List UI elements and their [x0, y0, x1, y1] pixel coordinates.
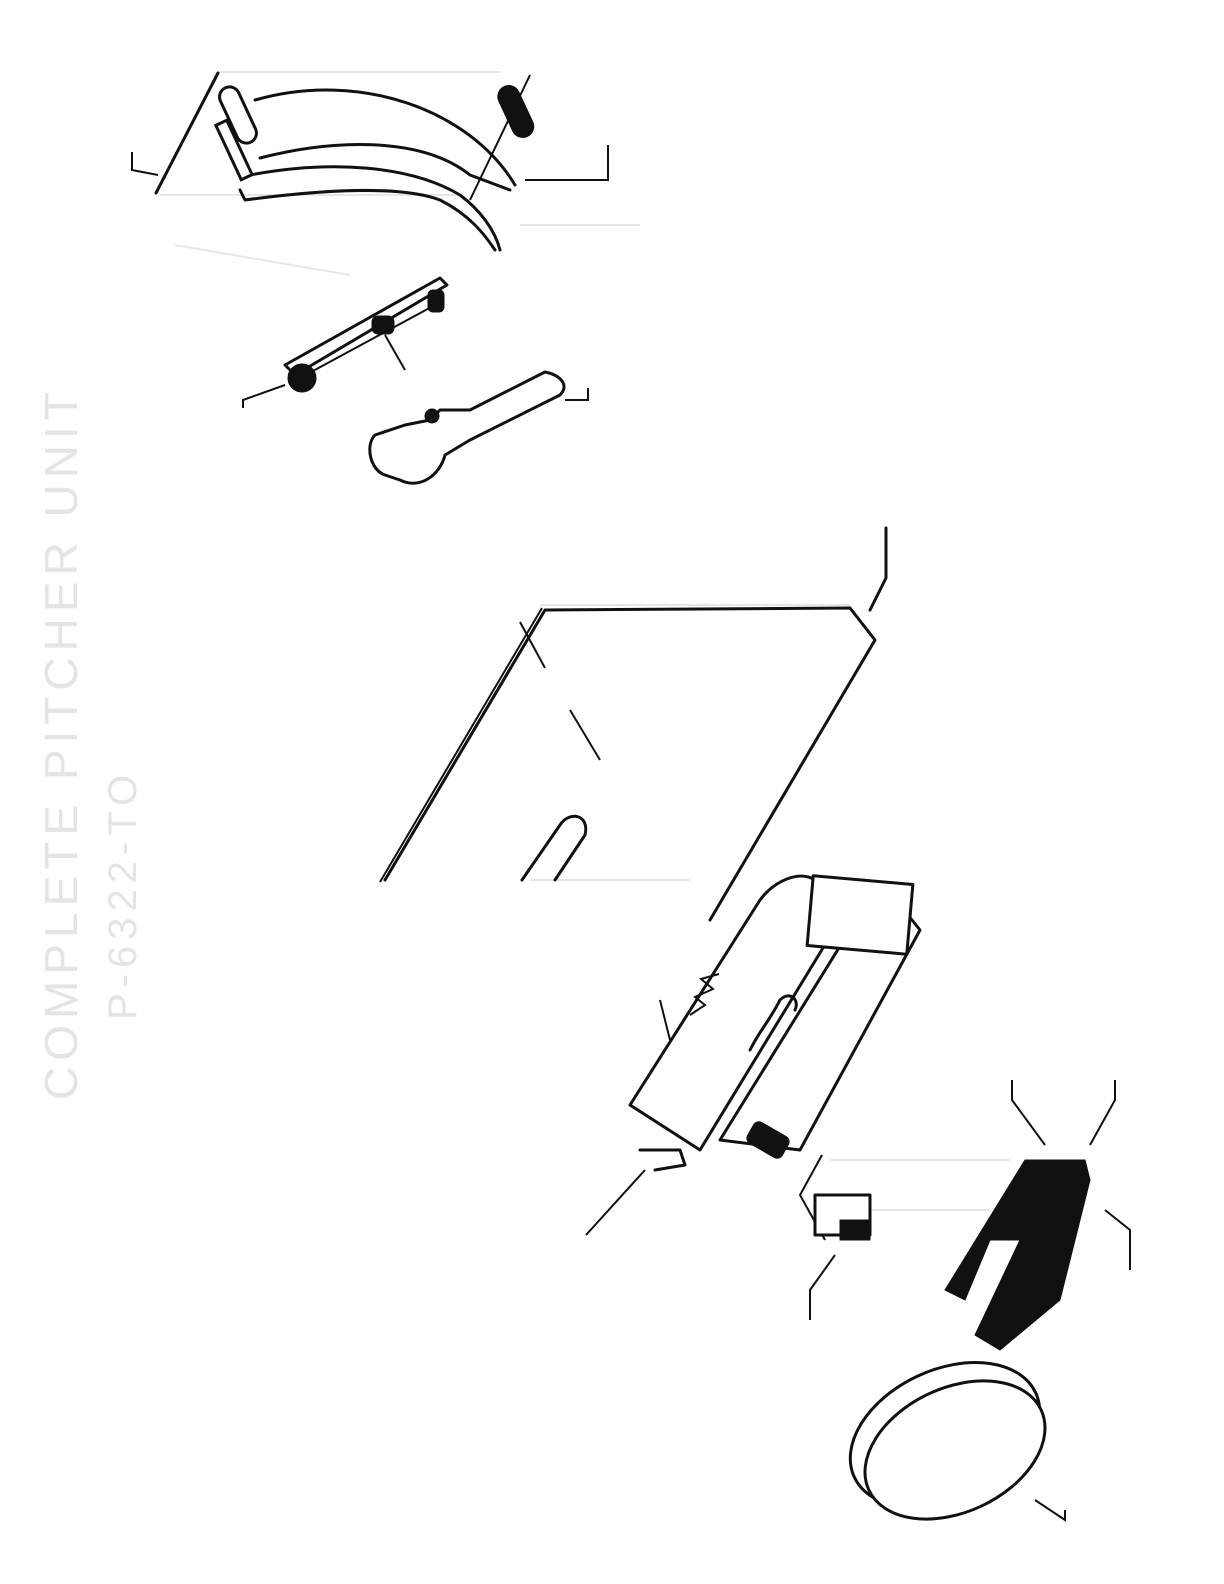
- curved-guide-track: [132, 73, 608, 250]
- release-lever: [370, 372, 588, 483]
- roller-arm: [243, 278, 447, 408]
- exploded-view-drawing: [0, 0, 1224, 1584]
- pitcher-housing: [586, 876, 920, 1235]
- construction-lines: [160, 72, 1010, 1210]
- disc-cap: [827, 1334, 1067, 1547]
- small-block: [800, 1155, 870, 1320]
- bracket: [945, 1080, 1130, 1350]
- base-plate: [380, 528, 886, 920]
